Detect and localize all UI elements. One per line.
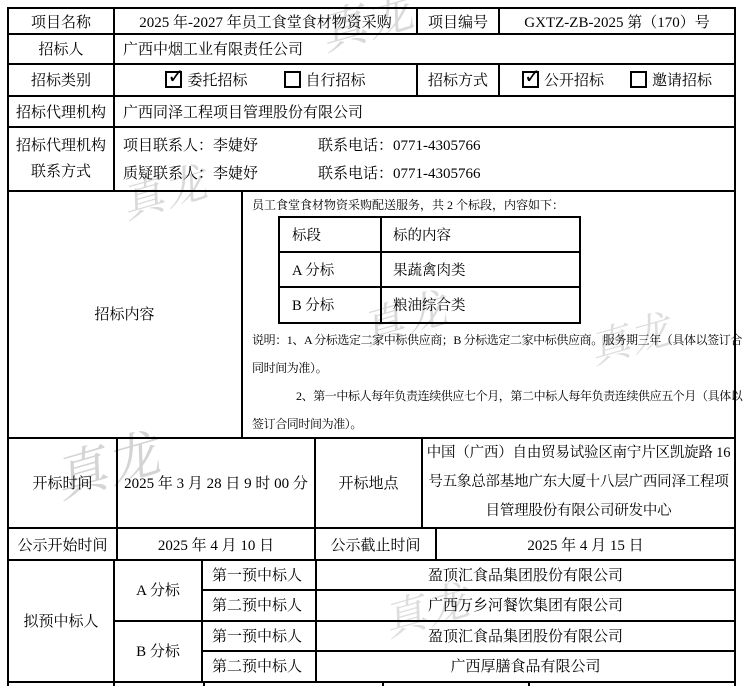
lot-table-header-content: 标的内容 xyxy=(393,218,578,251)
lot-a-rank1-company: 盈顶汇食品集团股份有限公司 xyxy=(317,561,734,588)
checkbox-checked-icon xyxy=(165,71,182,88)
bid-opening-time-value: 2025 年 3 月 28 日 9 时 00 分 xyxy=(118,439,314,525)
lot-a-rank2-company: 广西万乡河餐饮集团有限公司 xyxy=(317,591,734,618)
tender-method-label: 招标方式 xyxy=(418,65,498,94)
lot-table-header-lot: 标段 xyxy=(292,218,379,251)
table-border xyxy=(278,216,280,324)
tender-category-options: 委托招标 自行招标 xyxy=(115,65,416,94)
table-border xyxy=(380,216,382,324)
tender-category-label: 招标类别 xyxy=(9,65,113,94)
bid-opening-place-label: 开标地点 xyxy=(316,439,421,525)
option-label: 公开招标 xyxy=(544,69,604,90)
publicity-start-date: 2025 年 4 月 10 日 xyxy=(118,529,314,559)
lot-table-rowA-content: 果蔬禽肉类 xyxy=(393,253,578,286)
project-contact-phone: 联系电话：0771-4305766 xyxy=(318,134,481,155)
lot-table-rowA-lot: A 分标 xyxy=(292,253,379,286)
option-label: 邀请招标 xyxy=(652,69,712,90)
agency-contact-label-line1: 招标代理机构 xyxy=(16,133,106,159)
checkbox-unchecked-icon xyxy=(284,71,301,88)
table-border xyxy=(7,126,736,128)
query-contact-phone: 联系电话：0771-4305766 xyxy=(318,162,481,183)
tender-content-intro: 员工食堂食材物资采购配送服务，共 2 个标段，内容如下： xyxy=(252,196,734,214)
lot-a-rank1-label: 第一预中标人 xyxy=(212,561,314,588)
proposed-winners-label: 拟预中标人 xyxy=(9,561,113,679)
tenderer-value: 广西中烟工业有限责任公司 xyxy=(123,35,728,62)
bid-opening-place-line1: 中国（广西）自由贸易试验区南宁片区凯旋路 16 xyxy=(427,439,731,468)
agency-contact-label: 招标代理机构 联系方式 xyxy=(9,128,113,189)
lot-a-label: A 分标 xyxy=(115,561,201,618)
option-label: 自行招标 xyxy=(306,69,366,90)
option-self-tender: 自行招标 xyxy=(284,69,366,90)
project-name-label: 项目名称 xyxy=(9,9,113,33)
table-border xyxy=(7,681,736,683)
bid-opening-place-line2: 号五象总部基地广东大厦十八层广西同泽工程项 xyxy=(428,468,728,497)
bid-opening-time-label: 开标时间 xyxy=(9,439,116,525)
table-border xyxy=(7,190,736,192)
content-note-line1: 说明：1、A 分标选定二家中标供应商；B 分标选定二家中标供应商。服务期三年（具… xyxy=(252,330,734,350)
query-contact-name: 质疑联系人：李婕妤 xyxy=(123,162,318,183)
agency-label: 招标代理机构 xyxy=(9,97,113,125)
project-number-value: GXTZ-ZB-2025 第（170）号 xyxy=(500,9,734,33)
lot-b-rank2-label: 第二预中标人 xyxy=(212,652,314,679)
agency-value: 广西同泽工程项目管理股份有限公司 xyxy=(123,97,728,125)
project-contact-name: 项目联系人：李婕妤 xyxy=(123,134,318,155)
lot-a-rank2-label: 第二预中标人 xyxy=(212,591,314,618)
lot-b-label: B 分标 xyxy=(115,622,201,679)
publicity-end-date: 2025 年 4 月 15 日 xyxy=(437,529,734,559)
lot-b-rank1-label: 第一预中标人 xyxy=(212,622,314,649)
content-note-line2: 同时间为准）。 xyxy=(252,358,734,378)
content-note-line3: 2、第一中标人每年负责连续供应七个月，第二中标人每年负责连续供应五个月（具体以 xyxy=(252,386,734,406)
publicity-start-label: 公示开始时间 xyxy=(9,529,116,559)
lot-table-rowB-lot: B 分标 xyxy=(292,288,379,321)
tender-result-document: 真龙 真龙 真龙 真龙 真龙 真龙 项目名称 2025 年-202 xyxy=(0,0,743,686)
bid-opening-place-line3: 目管理股份有限公司研发中心 xyxy=(486,497,672,526)
tender-content-label: 招标内容 xyxy=(9,300,240,326)
bid-opening-place-value: 中国（广西）自由贸易试验区南宁片区凯旋路 16 号五象总部基地广东大厦十八层广西… xyxy=(423,439,734,525)
checkbox-unchecked-icon xyxy=(630,71,647,88)
table-border xyxy=(579,216,581,324)
content-note-line4: 签订合同时间为准）。 xyxy=(252,414,734,434)
option-invited-tender: 邀请招标 xyxy=(630,69,712,90)
checkbox-checked-icon xyxy=(522,71,539,88)
table-border xyxy=(241,190,243,439)
publicity-end-label: 公示截止时间 xyxy=(316,529,435,559)
query-contact-row: 质疑联系人：李婕妤 联系电话：0771-4305766 xyxy=(123,158,723,186)
tender-method-options: 公开招标 邀请招标 xyxy=(500,65,734,94)
project-name-value: 2025 年-2027 年员工食堂食材物资采购 xyxy=(115,9,416,33)
project-contact-row: 项目联系人：李婕妤 联系电话：0771-4305766 xyxy=(123,130,723,158)
table-border xyxy=(278,322,581,324)
option-entrusted-tender: 委托招标 xyxy=(165,69,247,90)
lot-b-rank1-company: 盈顶汇食品集团股份有限公司 xyxy=(317,622,734,649)
option-open-tender: 公开招标 xyxy=(522,69,604,90)
lot-b-rank2-company: 广西厚膳食品有限公司 xyxy=(317,652,734,679)
agency-contact-label-line2: 联系方式 xyxy=(31,159,91,185)
lot-table-rowB-content: 粮油综合类 xyxy=(393,288,578,321)
project-number-label: 项目编号 xyxy=(418,9,498,33)
option-label: 委托招标 xyxy=(187,69,247,90)
tenderer-label: 招标人 xyxy=(9,35,113,62)
